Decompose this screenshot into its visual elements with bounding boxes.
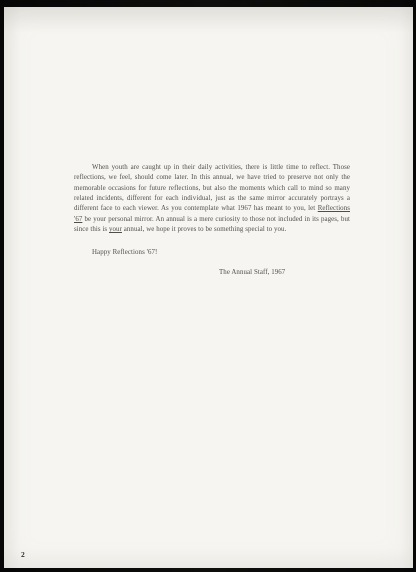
scan-background: When youth are caught up in their daily … [0,0,416,572]
yearbook-page: When youth are caught up in their daily … [4,7,413,568]
paragraph-text-opening: When youth are caught up in their daily … [74,164,350,212]
paragraph-text-closing: annual, we hope it proves to be somethin… [122,226,286,233]
page-number: 2 [21,550,25,559]
salutation-line: Happy Reflections '67! [92,248,157,258]
intro-paragraph: When youth are caught up in their daily … [74,163,350,235]
signature-line: The Annual Staff, 1967 [219,268,285,278]
emphasized-word-underlined: your [109,226,122,233]
